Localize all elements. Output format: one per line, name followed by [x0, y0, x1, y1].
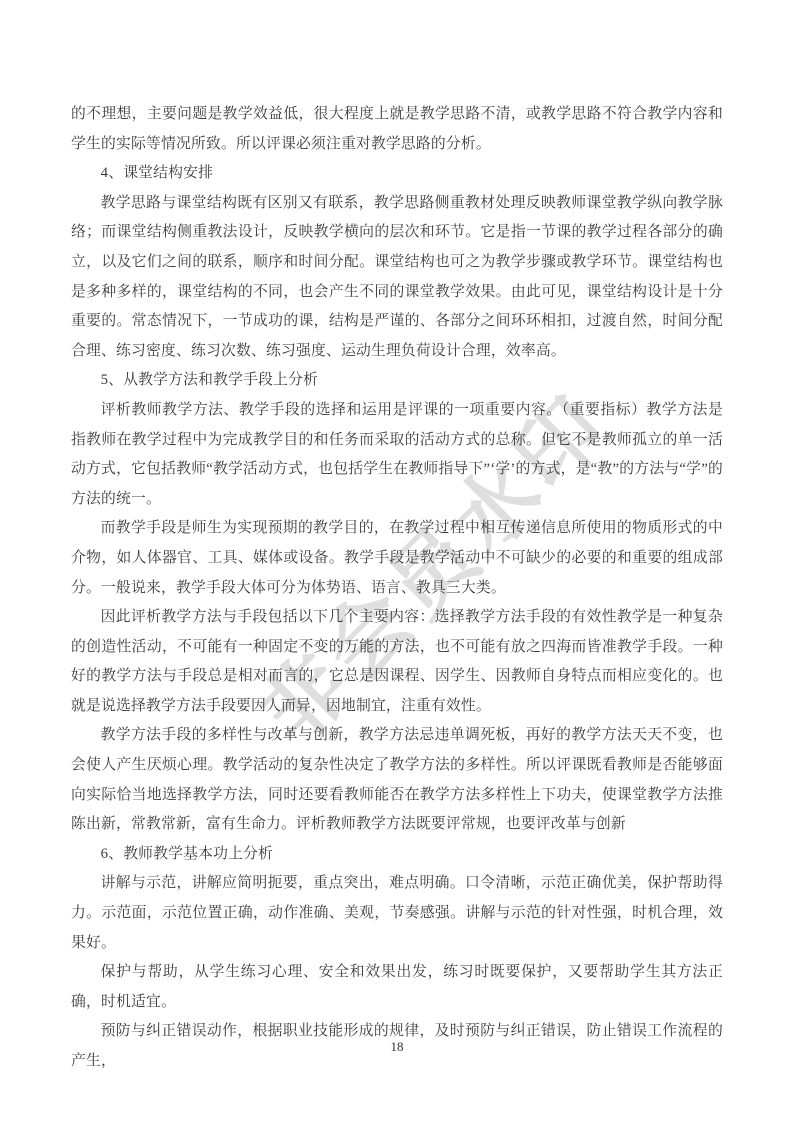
- page-footer: 18: [0, 1038, 794, 1056]
- document-page: 非会员水印 的不理想，主要问题是教学效益低，很大程度上就是教学思路不清，或教学思…: [0, 0, 794, 1123]
- paragraph-teaching-methods-intro: 评析教师教学方法、教学手段的选择和运用是评课的一项重要内容。（重要指标）教学方法…: [71, 396, 723, 514]
- paragraph-protection-help: 保护与帮助，从学生练习心理、安全和效果出发，练习时既要保护，又要帮助学生其方法正…: [71, 958, 723, 1017]
- section-heading-6: 6、教师教学基本功上分析: [71, 840, 723, 870]
- page-number: 18: [391, 1039, 404, 1054]
- paragraph-teaching-means: 而教学手段是师生为实现预期的教学目的，在教学过程中相互传递信息所使用的物质形式的…: [71, 514, 723, 603]
- paragraph-method-effectiveness: 因此评析教学方法与手段包括以下几个主要内容：选择教学方法手段的有效性教学是一种复…: [71, 603, 723, 721]
- paragraph-continuation: 的不理想，主要问题是教学效益低，很大程度上就是教学思路不清，或教学思路不符合教学…: [71, 100, 723, 159]
- paragraph-classroom-structure: 教学思路与课堂结构既有区别又有联系，教学思路侧重教材处理反映教师课堂教学纵向教学…: [71, 189, 723, 367]
- section-heading-4: 4、课堂结构安排: [71, 159, 723, 189]
- page-content: 的不理想，主要问题是教学效益低，很大程度上就是教学思路不清，或教学思路不符合教学…: [71, 100, 723, 1077]
- section-heading-5: 5、从教学方法和教学手段上分析: [71, 366, 723, 396]
- paragraph-method-diversity: 教学方法手段的多样性与改革与创新，教学方法忌违单调死板，再好的教学方法天天不变，…: [71, 721, 723, 839]
- paragraph-explanation-demonstration: 讲解与示范，讲解应简明扼要，重点突出，难点明确。口令清晰，示范正确优美，保护帮助…: [71, 869, 723, 958]
